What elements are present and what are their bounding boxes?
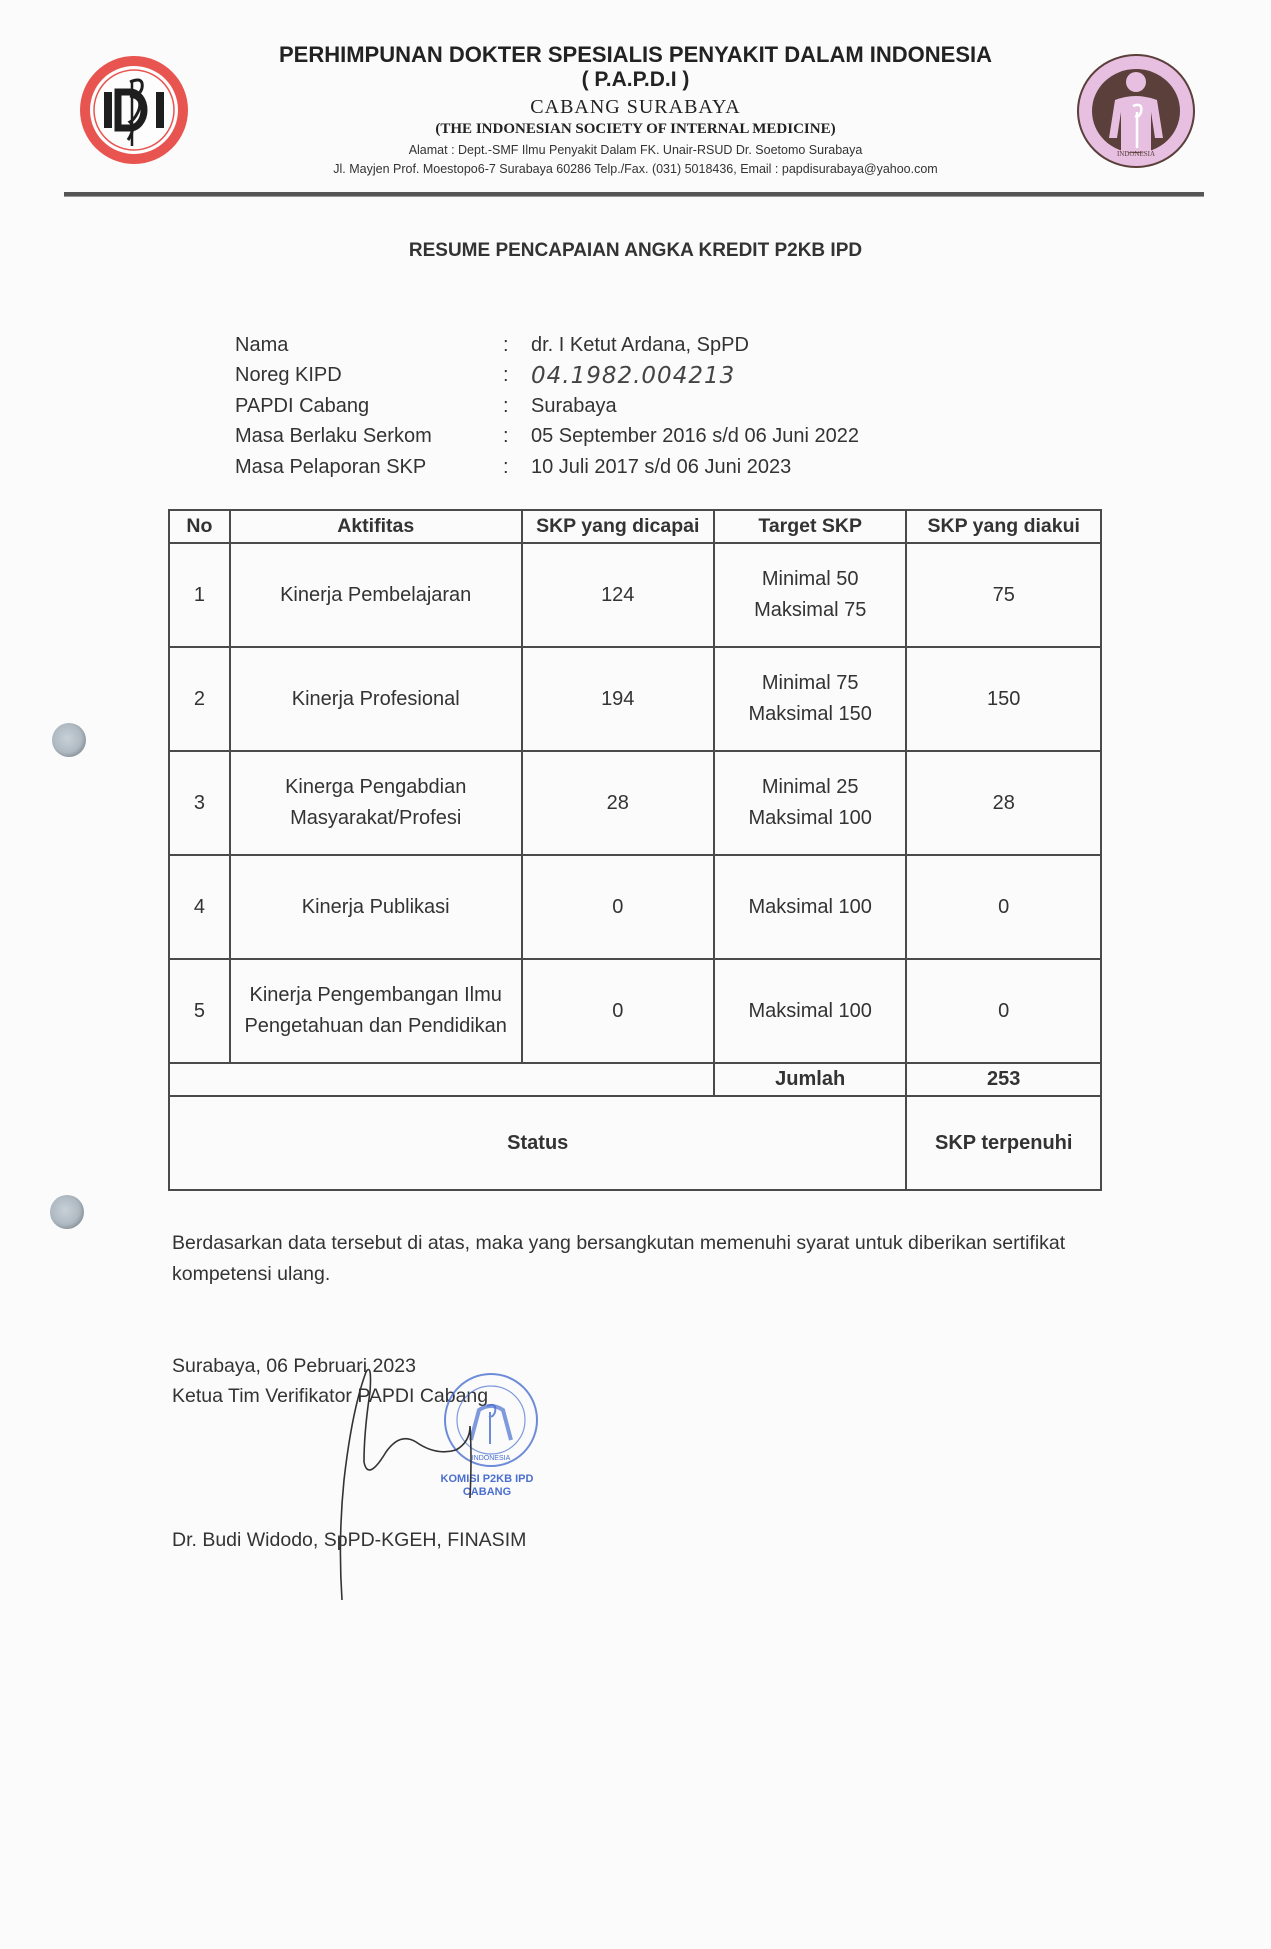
- identity-row-branch: PAPDI Cabang : Surabaya: [235, 391, 859, 422]
- cell-recognized: 0: [906, 959, 1101, 1063]
- identity-row-name: Nama : dr. I Ketut Ardana, SpPD: [235, 330, 859, 361]
- status-label: Status: [169, 1096, 906, 1190]
- table-header-row: No Aktifitas SKP yang dicapai Target SKP…: [169, 510, 1101, 543]
- status-value: SKP terpenuhi: [906, 1096, 1101, 1190]
- cell-recognized: 150: [906, 647, 1101, 751]
- identity-colon: :: [503, 425, 531, 448]
- sum-label: Jumlah: [714, 1063, 906, 1096]
- identity-label: Masa Berlaku Serkom: [235, 425, 503, 448]
- cell-activity: Kinerja Publikasi: [230, 855, 522, 959]
- cell-recognized: 28: [906, 751, 1101, 855]
- identity-block: Nama : dr. I Ketut Ardana, SpPD Noreg KI…: [235, 330, 859, 483]
- header-target: Target SKP: [714, 510, 906, 543]
- identity-colon: :: [503, 395, 531, 418]
- target-line: Minimal 75: [719, 668, 901, 699]
- identity-label: Masa Pelaporan SKP: [235, 456, 503, 479]
- identity-value-handwritten: 04.1982.004213: [531, 363, 735, 389]
- table-status-row: Status SKP terpenuhi: [169, 1096, 1101, 1190]
- identity-value: Surabaya: [531, 395, 617, 418]
- table-row: 5 Kinerja Pengembangan Ilmu Pengetahuan …: [169, 959, 1101, 1063]
- identity-row-serkom: Masa Berlaku Serkom : 05 September 2016 …: [235, 422, 859, 453]
- cell-no: 1: [169, 543, 230, 647]
- identity-label: Nama: [235, 334, 503, 357]
- table-row: 1 Kinerja Pembelajaran 124 Minimal 50Mak…: [169, 543, 1101, 647]
- sum-value: 253: [906, 1063, 1101, 1096]
- document-title: RESUME PENCAPAIAN ANGKA KREDIT P2KB IPD: [0, 240, 1271, 262]
- identity-row-noreg: Noreg KIPD : 04.1982.004213: [235, 361, 859, 392]
- table-row: 2 Kinerja Profesional 194 Minimal 75Maks…: [169, 647, 1101, 751]
- target-line: Minimal 25: [719, 772, 901, 803]
- identity-value: dr. I Ketut Ardana, SpPD: [531, 334, 749, 357]
- cell-recognized: 0: [906, 855, 1101, 959]
- skp-table: No Aktifitas SKP yang dicapai Target SKP…: [168, 509, 1102, 1191]
- punch-hole-icon: [50, 1195, 84, 1229]
- cell-achieved: 0: [522, 959, 714, 1063]
- cell-no: 3: [169, 751, 230, 855]
- target-line: Maksimal 75: [719, 595, 901, 626]
- table-row: 4 Kinerja Publikasi 0 Maksimal 100 0: [169, 855, 1101, 959]
- cell-no: 5: [169, 959, 230, 1063]
- identity-row-reporting: Masa Pelaporan SKP : 10 Juli 2017 s/d 06…: [235, 452, 859, 483]
- cell-achieved: 0: [522, 855, 714, 959]
- cell-activity: Kinerga Pengabdian Masyarakat/Profesi: [230, 751, 522, 855]
- cell-achieved: 28: [522, 751, 714, 855]
- identity-colon: :: [503, 456, 531, 479]
- target-line: Maksimal 100: [719, 803, 901, 834]
- cell-activity: Kinerja Pembelajaran: [230, 543, 522, 647]
- handwritten-signature: [330, 1360, 610, 1610]
- signer-name: Dr. Budi Widodo, SpPD-KGEH, FINASIM: [172, 1529, 526, 1552]
- cell-activity: Kinerja Pengembangan Ilmu Pengetahuan da…: [230, 959, 522, 1063]
- conclusion-paragraph: Berdasarkan data tersebut di atas, maka …: [172, 1228, 1112, 1290]
- identity-label: Noreg KIPD: [235, 364, 503, 387]
- target-line: Maksimal 150: [719, 699, 901, 730]
- table-row: 3 Kinerga Pengabdian Masyarakat/Profesi …: [169, 751, 1101, 855]
- cell-recognized: 75: [906, 543, 1101, 647]
- papdi-logo: INDONESIA: [1075, 52, 1197, 170]
- cell-target: Minimal 25Maksimal 100: [714, 751, 906, 855]
- cell-target: Minimal 75Maksimal 150: [714, 647, 906, 751]
- cell-achieved: 194: [522, 647, 714, 751]
- identity-colon: :: [503, 334, 531, 357]
- cell-no: 2: [169, 647, 230, 751]
- cell-target: Maksimal 100: [714, 959, 906, 1063]
- cell-target: Maksimal 100: [714, 855, 906, 959]
- header-no: No: [169, 510, 230, 543]
- table-sum-row: Jumlah 253: [169, 1063, 1101, 1096]
- identity-colon: :: [503, 364, 531, 387]
- header-recognized: SKP yang diakui: [906, 510, 1101, 543]
- letterhead-divider: [64, 192, 1204, 197]
- cell-no: 4: [169, 855, 230, 959]
- papdi-logo-text: INDONESIA: [1117, 150, 1155, 158]
- header-achieved: SKP yang dicapai: [522, 510, 714, 543]
- punch-hole-icon: [52, 723, 86, 757]
- header-activity: Aktifitas: [230, 510, 522, 543]
- identity-value: 05 September 2016 s/d 06 Juni 2022: [531, 425, 859, 448]
- cell-activity: Kinerja Profesional: [230, 647, 522, 751]
- identity-value: 10 Juli 2017 s/d 06 Juni 2023: [531, 456, 791, 479]
- cell-achieved: 124: [522, 543, 714, 647]
- identity-label: PAPDI Cabang: [235, 395, 503, 418]
- sum-spacer: [169, 1063, 714, 1096]
- cell-target: Minimal 50Maksimal 75: [714, 543, 906, 647]
- target-line: Minimal 50: [719, 564, 901, 595]
